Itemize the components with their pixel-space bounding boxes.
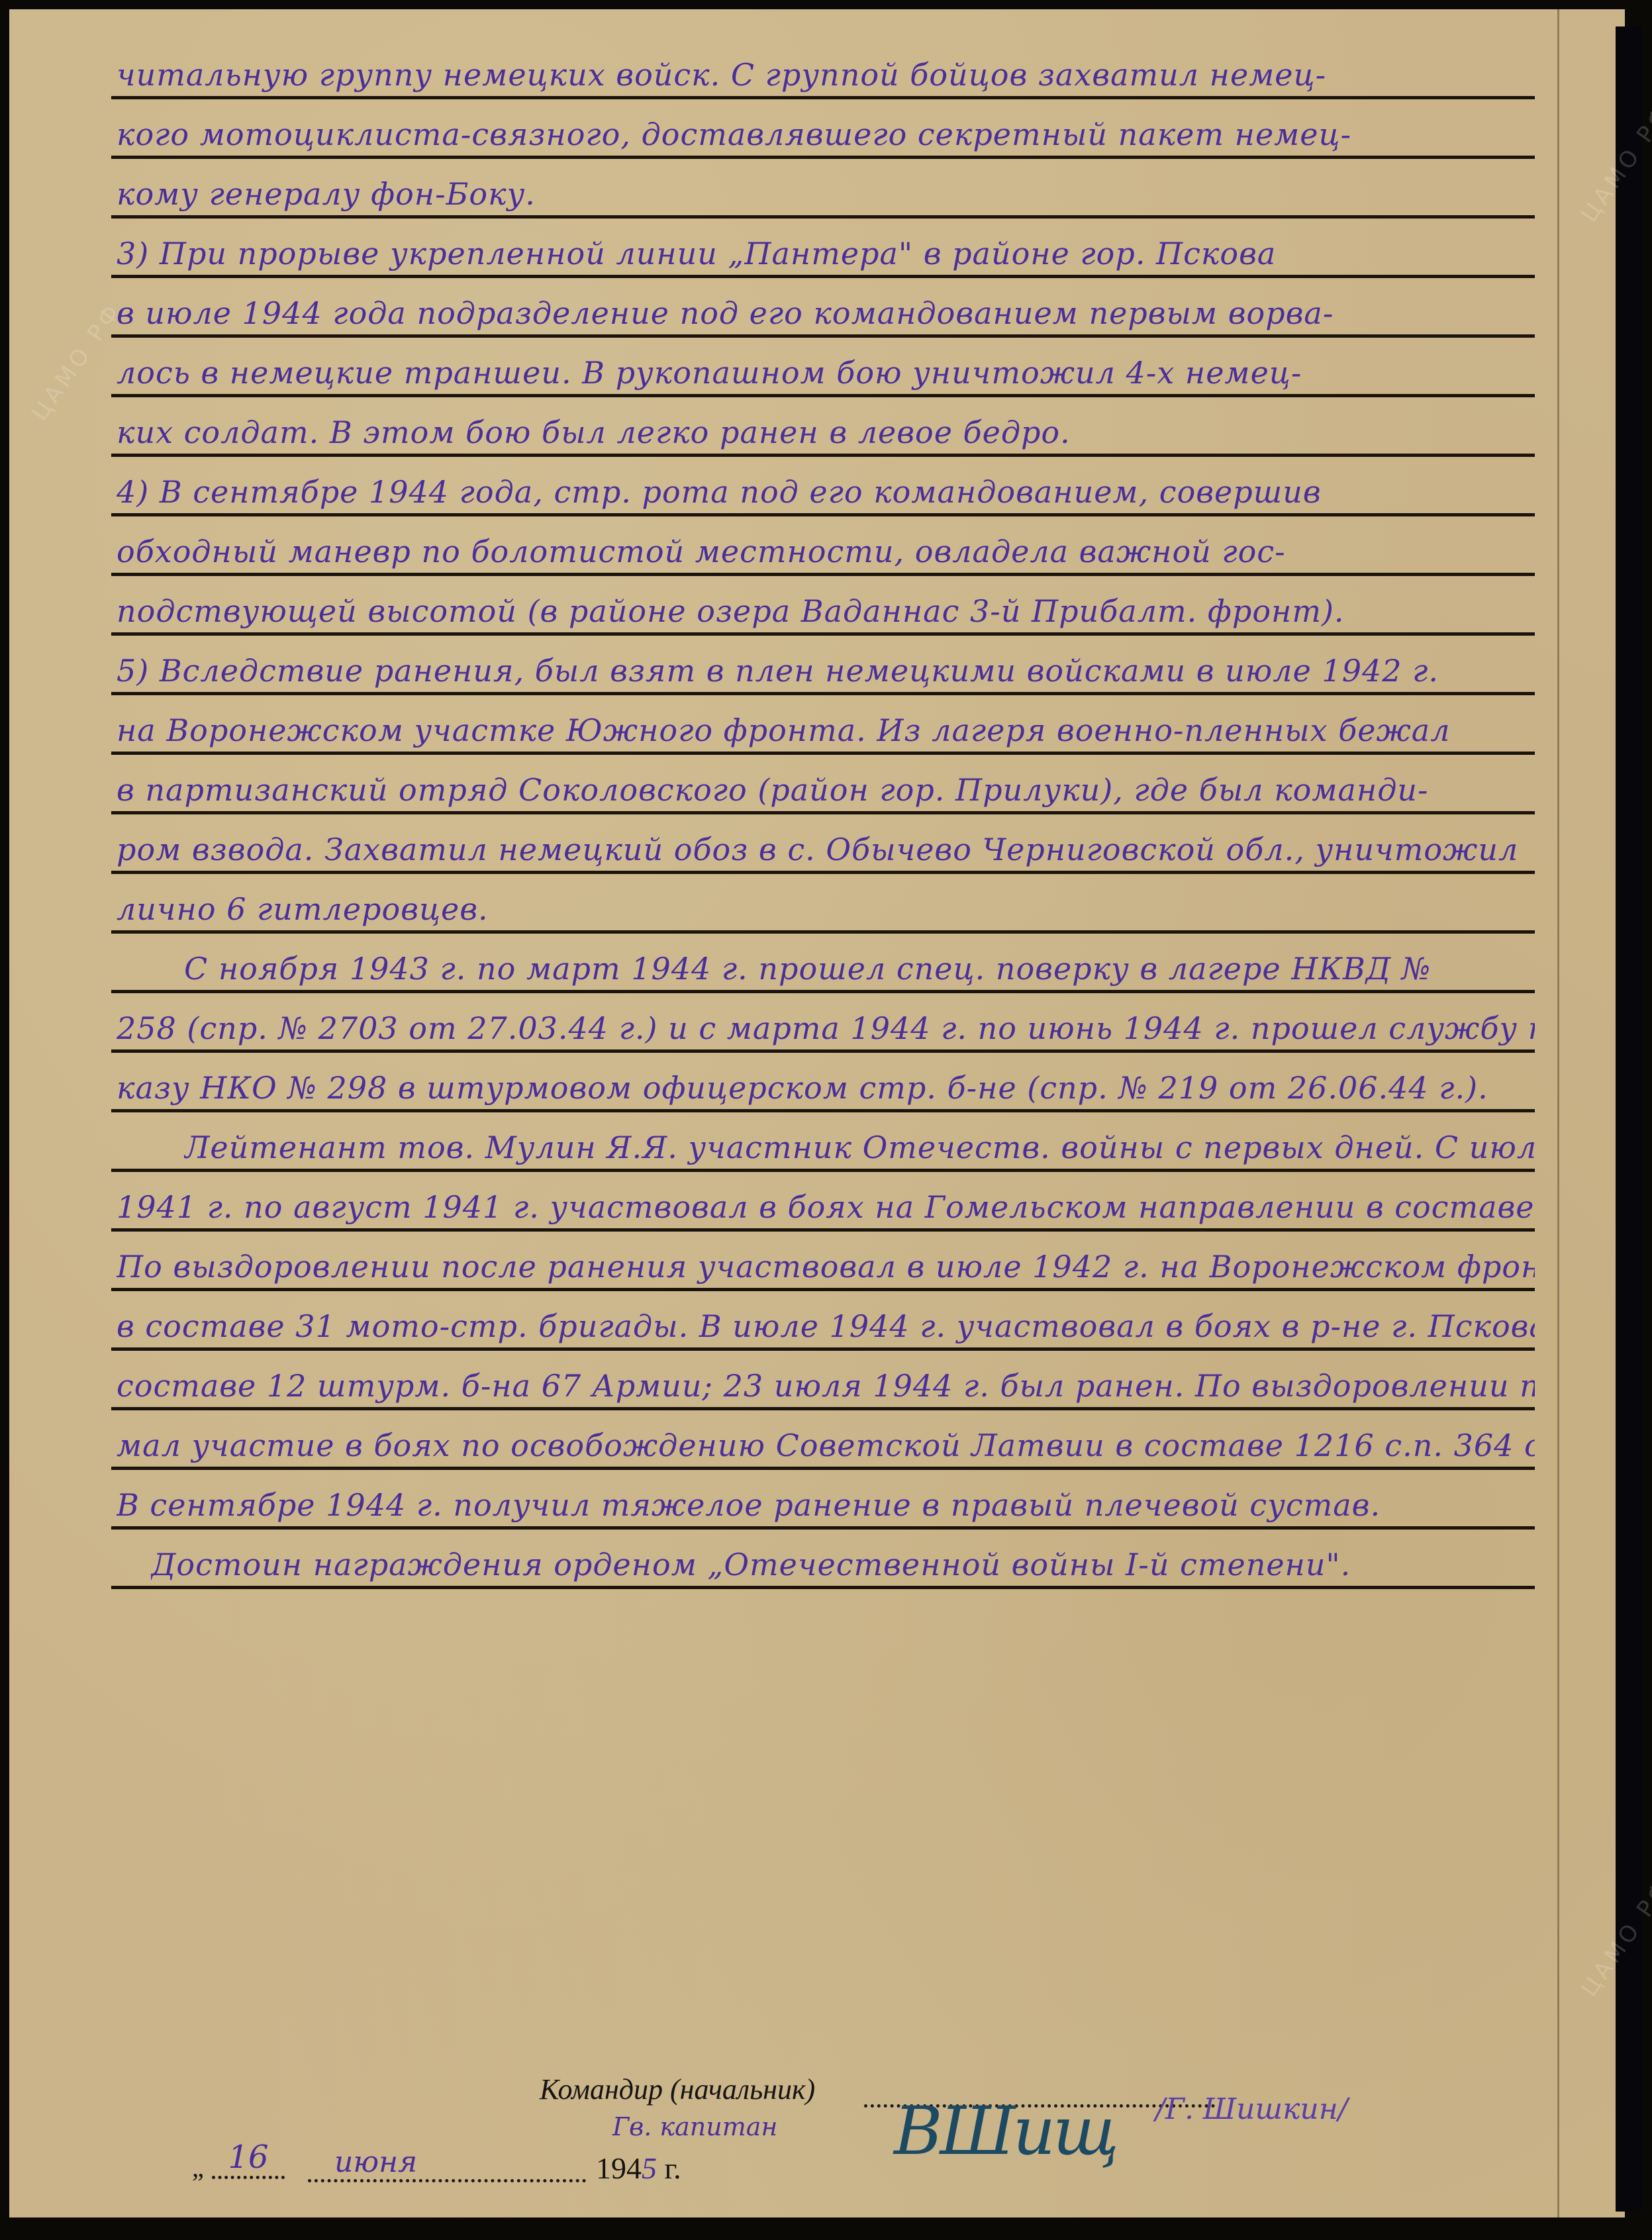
text-line: кого мотоциклиста-связного, доставлявшег… <box>111 99 1535 159</box>
handwritten-body: читальную группу немецких войск. С групп… <box>111 40 1535 1589</box>
text-line: ром взвода. Захватил немецкий обоз в с. … <box>111 814 1535 874</box>
signer-name: /Г. Шишкин/ <box>1155 2092 1348 2126</box>
date-day: 16 <box>212 2139 285 2179</box>
text-line: Достоин награждения орденом „Отечественн… <box>111 1530 1535 1589</box>
text-line: в составе 31 мото-стр. бригады. В июле 1… <box>111 1291 1535 1351</box>
text-line: С ноября 1943 г. по март 1944 г. прошел … <box>111 934 1535 993</box>
text-line: В сентябре 1944 г. получил тяжелое ранен… <box>111 1470 1535 1530</box>
date-year: 1945 г. <box>596 2151 681 2186</box>
text-line: лично 6 гитлеровцев. <box>111 874 1535 934</box>
text-line: 3) При прорыве укрепленной линии „Пантер… <box>111 219 1535 278</box>
text-line: ких солдат. В этом бою был легко ранен в… <box>111 397 1535 457</box>
signature-block: Командир (начальник) Гв. капитан ВШищ /Г… <box>0 2046 1652 2178</box>
text-line: 4) В сентябре 1944 года, стр. рота под е… <box>111 457 1535 516</box>
scan-border <box>1616 26 1642 2212</box>
text-line: на Воронежском участке Южного фронта. Из… <box>111 695 1535 755</box>
text-line: подствующей высотой (в районе озера Вада… <box>111 576 1535 636</box>
text-line: читальную группу немецких войск. С групп… <box>111 40 1535 99</box>
text-line: Лейтенант тов. Мулин Я.Я. участник Отече… <box>111 1112 1535 1172</box>
text-line: 1941 г. по август 1941 г. участвовал в б… <box>111 1172 1535 1232</box>
date-field: „ 16 июня 1945 г. <box>192 2145 788 2192</box>
text-line: обходный маневр по болотистой местности,… <box>111 516 1535 576</box>
text-line: в июле 1944 года подразделение под его к… <box>111 278 1535 338</box>
text-line: лось в немецкие траншеи. В рукопашном бо… <box>111 338 1535 397</box>
text-line: 258 (спр. № 2703 от 27.03.44 г.) и с мар… <box>111 993 1535 1053</box>
date-month: июня <box>308 2145 586 2182</box>
paper-fold-line <box>1557 9 1559 2217</box>
text-line: мал участие в боях по освобождению Совет… <box>111 1410 1535 1470</box>
signature: ВШищ <box>894 2092 1116 2170</box>
text-line: в партизанский отряд Соколовского (район… <box>111 755 1535 814</box>
text-line: кому генералу фон-Боку. <box>111 159 1535 219</box>
text-line: казу НКО № 298 в штурмовом офицерском ст… <box>111 1053 1535 1112</box>
text-line: составе 12 штурм. б-на 67 Армии; 23 июля… <box>111 1351 1535 1410</box>
text-line: 5) Вследствие ранения, был взят в плен н… <box>111 636 1535 695</box>
text-line: По выздоровлении после ранения участвова… <box>111 1232 1535 1291</box>
commander-label: Командир (начальник) <box>540 2072 815 2106</box>
commander-rank: Гв. капитан <box>612 2112 777 2141</box>
date-quote: „ <box>192 2152 204 2183</box>
